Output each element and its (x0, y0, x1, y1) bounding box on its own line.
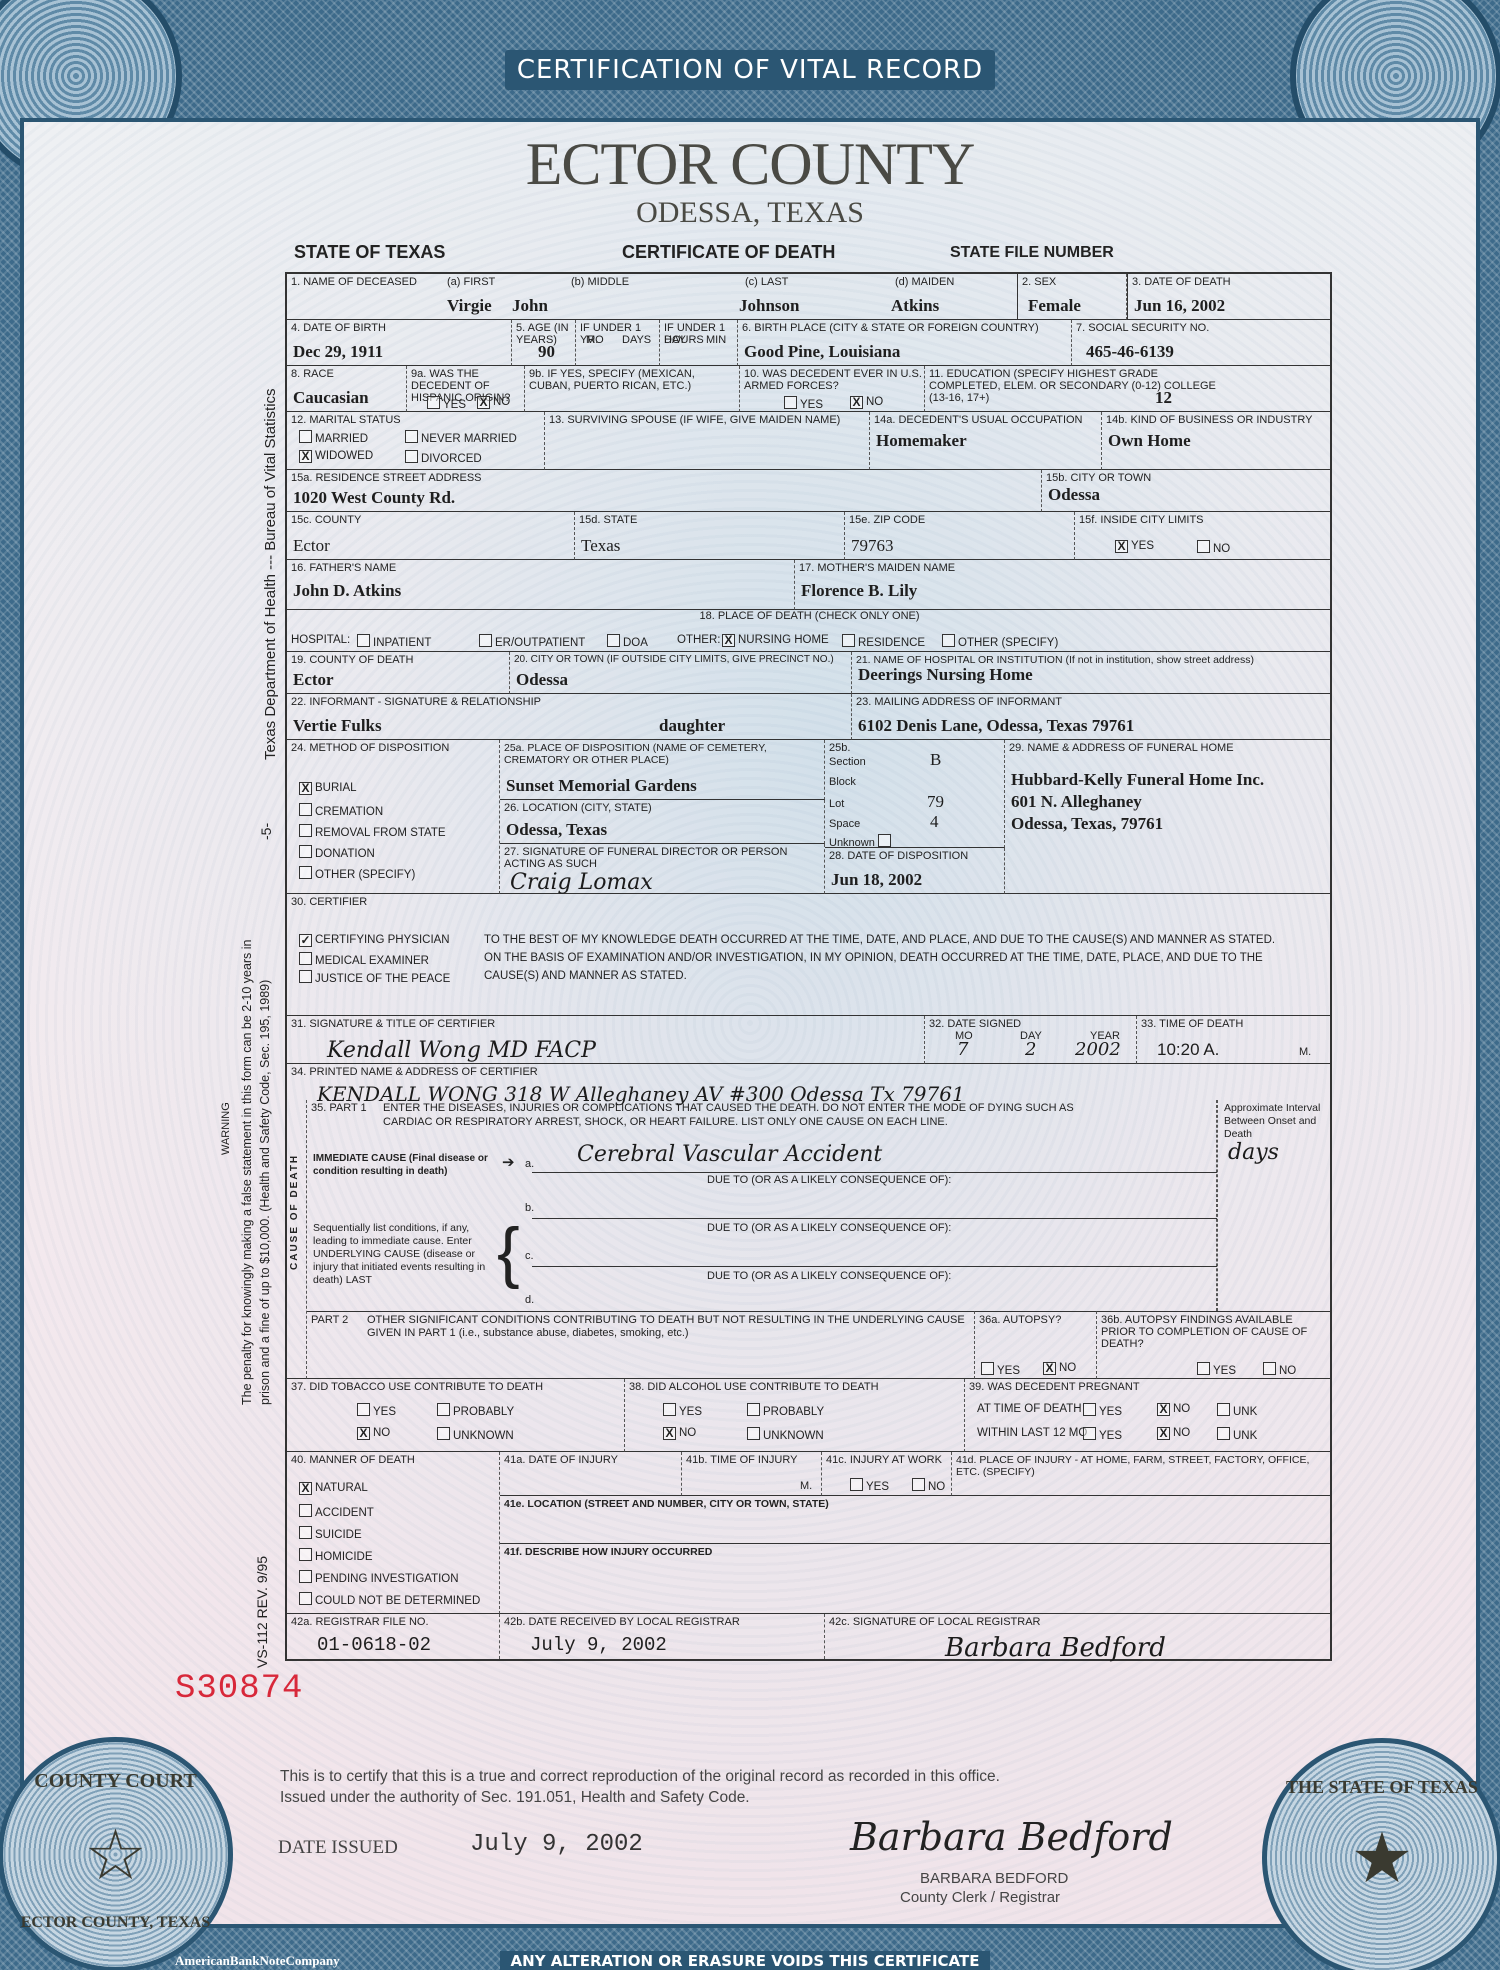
injury-how-label: 41f. DESCRIBE HOW INJURY OCCURRED (504, 1546, 712, 1558)
informant-name-value: Vertie Fulks (293, 716, 382, 736)
checkbox-checked[interactable]: X (1115, 540, 1128, 553)
checkbox[interactable] (299, 1570, 312, 1583)
checkbox[interactable] (479, 634, 492, 647)
burial-option[interactable]: XBURIAL (299, 782, 357, 795)
warning-title: WARNING (220, 1102, 232, 1155)
checkbox[interactable] (1197, 1362, 1210, 1375)
armed-forces-label: 10. WAS DECEDENT EVER IN U.S. ARMED FORC… (744, 368, 924, 392)
part1-instructions-2: CARDIAC OR RESPIRATORY ARREST, SHOCK, OR… (383, 1116, 948, 1129)
certifying-physician-option[interactable]: ✓CERTIFYING PHYSICIAN (299, 934, 450, 947)
checkbox[interactable] (299, 845, 312, 858)
checkbox-checked[interactable]: X (663, 1427, 676, 1440)
business-label: 14b. KIND OF BUSINESS OR INDUSTRY (1106, 414, 1312, 426)
checkbox[interactable] (607, 634, 620, 647)
certification-banner: CERTIFICATION OF VITAL RECORD (505, 50, 995, 90)
checkbox[interactable] (427, 396, 440, 409)
disposition-location-value: Odessa, Texas (506, 820, 607, 840)
injury-date-label: 41a. DATE OF INJURY (504, 1454, 618, 1466)
checkbox-checked[interactable]: X (357, 1427, 370, 1440)
business-value: Own Home (1108, 431, 1191, 451)
injury-place-label: 41d. PLACE OF INJURY - AT HOME, FARM, ST… (956, 1454, 1326, 1478)
checkbox[interactable] (357, 634, 370, 647)
tobacco-yes-option[interactable]: YES (357, 1403, 396, 1418)
clerk-name: BARBARA BEDFORD (920, 1870, 1068, 1887)
state-heading: STATE OF TEXAS (294, 242, 445, 263)
part2-text: OTHER SIGNIFICANT CONDITIONS CONTRIBUTIN… (367, 1314, 967, 1340)
hospital-label: HOSPITAL: (291, 634, 350, 646)
residence-street-value: 1020 West County Rd. (293, 488, 455, 508)
certifier-statement-2: ON THE BASIS OF EXAMINATION AND/OR INVES… (484, 952, 1263, 964)
cause-line-a[interactable]: Cerebral Vascular Accident (577, 1142, 882, 1167)
registrar-file-label: 42a. REGISTRAR FILE NO. (291, 1616, 429, 1628)
sequential-label: Sequentially list conditions, if any, le… (313, 1222, 493, 1287)
checkbox[interactable] (357, 1403, 370, 1416)
cause-line-b-rule[interactable] (532, 1218, 1217, 1219)
autopsy-label: 36a. AUTOPSY? (979, 1314, 1061, 1326)
manner-homicide-option[interactable]: HOMICIDE (299, 1548, 373, 1563)
race-value: Caucasian (293, 388, 369, 408)
checkbox[interactable] (437, 1427, 450, 1440)
findings-yes-option[interactable]: YES (1197, 1362, 1236, 1377)
justice-of-peace-option[interactable]: JUSTICE OF THE PEACE (299, 970, 450, 985)
cause-of-death-side-label: CAUSE OF DEATH (289, 1154, 300, 1270)
date-of-death-value: Jun 16, 2002 (1134, 296, 1225, 316)
form-revision: VS-112 REV. 9/95 (254, 1556, 270, 1668)
residence-county-value: Ector (293, 536, 330, 556)
autopsy-no-option[interactable]: XNO (1043, 1362, 1076, 1375)
middle-name-label: (b) MIDDLE (571, 276, 629, 288)
checkbox[interactable] (1263, 1362, 1276, 1375)
section-label: Section (829, 756, 866, 768)
lot-value: 79 (927, 792, 944, 812)
zip-label: 15e. ZIP CODE (849, 514, 925, 526)
date-signed-day: 2 (1025, 1039, 1036, 1060)
mother-label: 17. MOTHER'S MAIDEN NAME (799, 562, 955, 574)
arrow-right-icon: ➔ (502, 1156, 515, 1169)
hispanic-yes-option[interactable]: YES (427, 396, 466, 411)
line-c-letter: c. (525, 1250, 534, 1263)
star-icon: ☆ (84, 1814, 147, 1896)
education-label: 11. EDUCATION (SPECIFY HIGHEST GRADE COM… (929, 368, 1219, 404)
marital-never-married-option[interactable]: NEVER MARRIED (405, 430, 517, 445)
medical-examiner-option[interactable]: MEDICAL EXAMINER (299, 952, 429, 967)
star-icon: ★ (1351, 1817, 1414, 1899)
cremation-option[interactable]: CREMATION (299, 803, 383, 818)
city-limits-yes-option[interactable]: XYES (1115, 540, 1154, 553)
father-label: 16. FATHER'S NAME (291, 562, 396, 574)
checkbox[interactable] (1083, 1403, 1096, 1416)
checkbox[interactable] (299, 430, 312, 443)
date-of-death-label: 3. DATE OF DEATH (1132, 276, 1231, 288)
other-place-label: OTHER: (677, 634, 720, 646)
residence-street-label: 15a. RESIDENCE STREET ADDRESS (291, 472, 482, 484)
alteration-warning-banner: ANY ALTERATION OR ERASURE VOIDS THIS CER… (500, 1951, 990, 1970)
checkbox[interactable] (1217, 1427, 1230, 1440)
date-received-value: July 9, 2002 (530, 1634, 667, 1656)
county-of-death-value: Ector (293, 670, 334, 690)
checkbox[interactable] (299, 1548, 312, 1561)
ssn-value: 465-46-6139 (1086, 342, 1174, 362)
alcohol-label: 38. DID ALCOHOL USE CONTRIBUTE TO DEATH (629, 1381, 879, 1393)
months-label: MO (586, 334, 604, 346)
zip-value: 79763 (851, 536, 894, 556)
occupation-label: 14a. DECEDENT'S USUAL OCCUPATION (874, 414, 1083, 426)
funeral-home-name: Hubbard-Kelly Funeral Home Inc. (1011, 770, 1264, 790)
hispanic-no-option[interactable]: XNO (477, 396, 510, 409)
checkbox[interactable] (437, 1403, 450, 1416)
space-value: 4 (930, 812, 939, 832)
pregnant-row1-unk[interactable]: UNK (1217, 1403, 1257, 1418)
due-to-a: DUE TO (OR AS A LIKELY CONSEQUENCE OF): (707, 1174, 951, 1187)
seal-right-text: THE STATE OF TEXAS (1267, 1777, 1497, 1798)
armed-forces-no-option[interactable]: XNO (850, 396, 883, 409)
father-value: John D. Atkins (293, 581, 401, 601)
residence-city-value: Odessa (1048, 485, 1100, 505)
place-of-death-label: 18. PLACE OF DEATH (CHECK ONLY ONE) (287, 610, 1332, 622)
informant-address-label: 23. MAILING ADDRESS OF INFORMANT (856, 696, 1062, 708)
checkbox-checked[interactable]: X (1043, 1362, 1056, 1375)
armed-forces-yes-option[interactable]: YES (784, 396, 823, 411)
checkbox[interactable] (1083, 1427, 1096, 1440)
death-certificate-form: 1. NAME OF DECEASED (a) FIRST (b) MIDDLE… (285, 272, 1332, 1661)
certifier-statement-3: CAUSE(S) AND MANNER AS STATED. (484, 970, 687, 982)
name-label: 1. NAME OF DECEASED (291, 276, 417, 288)
checkbox[interactable] (405, 450, 418, 463)
funeral-home-street: 601 N. Alleghaney (1011, 792, 1142, 812)
checkbox[interactable] (663, 1403, 676, 1416)
date-signed-year: 2002 (1075, 1039, 1121, 1060)
first-name-label: (a) FIRST (447, 276, 495, 288)
checkbox[interactable] (747, 1427, 760, 1440)
lot-label: Lot (829, 798, 844, 810)
residence-option[interactable]: RESIDENCE (842, 634, 925, 649)
tobacco-probably-option[interactable]: PROBABLY (437, 1403, 514, 1418)
seal-left-bottom-text: ECTOR COUNTY, TEXAS (3, 1914, 228, 1932)
part1-label: 35. PART 1 (311, 1102, 367, 1115)
date-signed-label: 32. DATE SIGNED (929, 1018, 1021, 1030)
disposition-date-label: 28. DATE OF DISPOSITION (829, 850, 968, 862)
checkbox-checked[interactable]: X (299, 450, 312, 463)
days-label: DAYS (622, 334, 651, 346)
warning-line-2: prison and a fine of up to $10,000. (Hea… (258, 980, 272, 1405)
sex-label: 2. SEX (1022, 276, 1056, 288)
last-name-label: (c) LAST (745, 276, 788, 288)
county-of-death-label: 19. COUNTY OF DEATH (291, 654, 413, 666)
time-of-death-suffix: M. (1299, 1046, 1311, 1058)
funeral-home-label: 29. NAME & ADDRESS OF FUNERAL HOME (1009, 742, 1234, 754)
city-of-death-value: Odessa (516, 670, 568, 690)
checkbox-checked[interactable]: ✓ (299, 934, 312, 947)
er-outpatient-option[interactable]: ER/OUTPATIENT (479, 634, 585, 649)
checkbox-checked[interactable]: X (299, 782, 312, 795)
line-b-letter: b. (525, 1202, 534, 1215)
doa-option[interactable]: DOA (607, 634, 648, 649)
hours-label: HOURS (664, 334, 704, 346)
part1-instructions-1: ENTER THE DISEASES, INJURIES OR COMPLICA… (383, 1102, 1074, 1115)
checkbox[interactable] (878, 834, 891, 847)
mother-value: Florence B. Lily (801, 581, 917, 601)
maiden-name-value: Atkins (891, 296, 939, 316)
funeral-director-signature: Craig Lomax (510, 870, 653, 895)
race-label: 8. RACE (291, 368, 334, 380)
hispanic-specify-label: 9b. IF YES, SPECIFY (MEXICAN, CUBAN, PUE… (529, 368, 734, 392)
birthplace-label: 6. BIRTH PLACE (CITY & STATE OR FOREIGN … (742, 322, 1039, 334)
certifier-signature: Kendall Wong MD FACP (327, 1038, 596, 1063)
ssn-label: 7. SOCIAL SECURITY NO. (1076, 322, 1209, 334)
certifier-label: 30. CERTIFIER (291, 896, 367, 908)
findings-no-option[interactable]: NO (1263, 1362, 1296, 1377)
pregnant-row2-no[interactable]: XNO (1157, 1427, 1190, 1440)
seal-left-top-text: COUNTY COURT (3, 1770, 228, 1793)
checkbox[interactable] (981, 1362, 994, 1375)
age-value: 90 (538, 342, 555, 362)
marital-widowed-option[interactable]: XWIDOWED (299, 450, 373, 463)
city-limits-label: 15f. INSIDE CITY LIMITS (1079, 514, 1204, 526)
manner-undetermined-option[interactable]: COULD NOT BE DETERMINED (299, 1592, 480, 1607)
autopsy-yes-option[interactable]: YES (981, 1362, 1020, 1377)
pregnant-label: 39. WAS DECEDENT PREGNANT (969, 1381, 1140, 1393)
checkbox[interactable] (912, 1478, 925, 1491)
middle-name-value: John (512, 296, 548, 316)
funeral-home-city: Odessa, Texas, 79761 (1011, 814, 1163, 834)
alcohol-probably-option[interactable]: PROBABLY (747, 1403, 824, 1418)
plot-label: 25b. (829, 742, 850, 754)
funeral-director-sig-label: 27. SIGNATURE OF FUNERAL DIRECTOR OR PER… (504, 846, 814, 870)
first-name-value: Virgie (447, 296, 492, 316)
part2-label: PART 2 (311, 1314, 348, 1327)
certifier-statement-1: TO THE BEST OF MY KNOWLEDGE DEATH OCCURR… (484, 934, 1275, 946)
tobacco-no-option[interactable]: XNO (357, 1427, 390, 1440)
autopsy-findings-label: 36b. AUTOPSY FINDINGS AVAILABLE PRIOR TO… (1101, 1314, 1326, 1350)
manner-suicide-option[interactable]: SUICIDE (299, 1526, 362, 1541)
registrar-sig-label: 42c. SIGNATURE OF LOCAL REGISTRAR (829, 1616, 1041, 1628)
pregnant-row1-label: AT TIME OF DEATH (977, 1403, 1082, 1415)
city-of-death-label: 20. CITY OR TOWN (IF OUTSIDE CITY LIMITS… (514, 654, 834, 666)
checkbox[interactable] (299, 1526, 312, 1539)
date-signed-mo: 7 (957, 1039, 968, 1060)
doc-type-heading: CERTIFICATE OF DEATH (622, 242, 835, 263)
manner-pending-option[interactable]: PENDING INVESTIGATION (299, 1570, 459, 1585)
checkbox[interactable] (942, 634, 955, 647)
space-label: Space (829, 818, 860, 830)
time-of-death-label: 33. TIME OF DEATH (1141, 1018, 1243, 1030)
injury-time-suffix: M. (800, 1480, 812, 1492)
line-a-letter: a. (525, 1158, 534, 1171)
line-d-letter: d. (525, 1294, 534, 1307)
interval-label: Approximate Interval Between Onset and D… (1224, 1102, 1324, 1141)
marital-married-option[interactable]: MARRIED (299, 430, 368, 445)
checkbox[interactable] (299, 952, 312, 965)
checkbox-checked[interactable]: X (850, 396, 863, 409)
tobacco-unknown-option[interactable]: UNKNOWN (437, 1427, 514, 1442)
agency-side-text: Texas Department of Health --- Bureau of… (262, 388, 279, 760)
checkbox-checked[interactable]: X (477, 396, 490, 409)
dob-value: Dec 29, 1911 (293, 342, 383, 362)
tobacco-label: 37. DID TOBACCO USE CONTRIBUTE TO DEATH (291, 1381, 543, 1393)
alcohol-unknown-option[interactable]: UNKNOWN (747, 1427, 824, 1442)
institution-value: Deerings Nursing Home (858, 665, 1033, 685)
due-to-b: DUE TO (OR AS A LIKELY CONSEQUENCE OF): (707, 1222, 951, 1235)
alcohol-yes-option[interactable]: YES (663, 1403, 702, 1418)
checkbox[interactable] (299, 866, 312, 879)
time-of-death-value: 10:20 A. (1157, 1040, 1219, 1060)
immediate-cause-label: IMMEDIATE CAUSE (Final disease or condit… (313, 1152, 503, 1178)
date-issued-label: DATE ISSUED (278, 1837, 398, 1859)
other-specify-option[interactable]: OTHER (SPECIFY) (942, 634, 1058, 649)
last-name-value: Johnson (739, 296, 799, 316)
pregnant-row2-yes[interactable]: YES (1083, 1427, 1122, 1442)
unknown-plot-option[interactable]: Unknown (829, 834, 894, 849)
checkbox-checked[interactable]: X (1157, 1403, 1170, 1416)
cause-line-c-rule[interactable] (532, 1266, 1217, 1267)
warning-line-1: The penalty for knowingly making a false… (240, 939, 254, 1405)
clerk-signature: Barbara Bedford (850, 1815, 1173, 1859)
section-value: B (930, 750, 941, 770)
informant-label: 22. INFORMANT - SIGNATURE & RELATIONSHIP (291, 696, 541, 708)
checkbox[interactable] (299, 824, 312, 837)
birthplace-value: Good Pine, Louisiana (744, 342, 900, 362)
spouse-label: 13. SURVIVING SPOUSE (IF WIFE, GIVE MAID… (549, 414, 840, 426)
occupation-value: Homemaker (876, 431, 967, 451)
checkbox-checked[interactable]: X (722, 634, 735, 647)
due-to-c: DUE TO (OR AS A LIKELY CONSEQUENCE OF): (707, 1270, 951, 1283)
certify-line-1: This is to certify that this is a true a… (280, 1768, 1000, 1786)
minutes-label: MIN (706, 334, 726, 346)
checkbox[interactable] (850, 1478, 863, 1491)
registrar-signature: Barbara Bedford (945, 1633, 1166, 1663)
page-mark: -5- (258, 823, 274, 840)
date-issued-value: July 9, 2002 (470, 1831, 643, 1858)
marital-label: 12. MARITAL STATUS (291, 414, 401, 426)
checkbox[interactable] (299, 1592, 312, 1605)
nursing-home-option[interactable]: XNURSING HOME (722, 634, 829, 647)
maiden-name-label: (d) MAIDEN (895, 276, 954, 288)
state-file-number-label: STATE FILE NUMBER (950, 244, 1114, 262)
checkbox-checked[interactable]: X (299, 1482, 312, 1495)
checkbox[interactable] (747, 1403, 760, 1416)
disposition-place-value: Sunset Memorial Gardens (506, 776, 697, 796)
donation-option[interactable]: DONATION (299, 845, 375, 860)
disposition-location-label: 26. LOCATION (CITY, STATE) (504, 802, 652, 814)
certify-line-2: Issued under the authority of Sec. 191.0… (280, 1789, 750, 1807)
sex-value: Female (1028, 296, 1081, 316)
city-limits-no-option[interactable]: NO (1197, 540, 1230, 555)
informant-address-value: 6102 Denis Lane, Odessa, Texas 79761 (858, 716, 1134, 736)
other-disposition-option[interactable]: OTHER (SPECIFY) (299, 866, 415, 881)
pregnant-row2-label: WITHIN LAST 12 MO (977, 1427, 1087, 1439)
certifier-sig-label: 31. SIGNATURE & TITLE OF CERTIFIER (291, 1018, 495, 1030)
checkbox[interactable] (784, 396, 797, 409)
inpatient-option[interactable]: INPATIENT (357, 634, 431, 649)
alcohol-no-option[interactable]: XNO (663, 1427, 696, 1440)
injury-location-label: 41e. LOCATION (STREET AND NUMBER, CITY O… (504, 1498, 829, 1510)
printer-imprint: AmericanBankNoteCompany (175, 1953, 340, 1969)
manner-natural-option[interactable]: XNATURAL (299, 1482, 368, 1495)
marital-divorced-option[interactable]: DIVORCED (405, 450, 482, 465)
checkbox[interactable] (299, 1504, 312, 1517)
injury-work-no[interactable]: NO (912, 1478, 945, 1493)
pregnant-row2-unk[interactable]: UNK (1217, 1427, 1257, 1442)
disposition-method-label: 24. METHOD OF DISPOSITION (291, 742, 449, 754)
registrar-file-value: 01-0618-02 (317, 1634, 431, 1656)
cause-line-a-rule (532, 1172, 1217, 1173)
checkbox-checked[interactable]: X (1157, 1427, 1170, 1440)
manner-accident-option[interactable]: ACCIDENT (299, 1504, 374, 1519)
manner-label: 40. MANNER OF DEATH (291, 1454, 415, 1466)
disposition-place-label: 25a. PLACE OF DISPOSITION (NAME OF CEMET… (504, 742, 814, 766)
county-court-seal: COUNTY COURT ☆ ECTOR COUNTY, TEXAS (0, 1737, 233, 1970)
county-title: ECTOR COUNTY (0, 130, 1500, 199)
informant-relationship-value: daughter (659, 716, 725, 736)
state-of-texas-seal: THE STATE OF TEXAS ★ (1262, 1738, 1500, 1970)
dob-label: 4. DATE OF BIRTH (291, 322, 386, 334)
injury-time-label: 41b. TIME OF INJURY (686, 1454, 797, 1466)
city-state-title: ODESSA, TEXAS (0, 196, 1500, 230)
serial-number: S30874 (175, 1670, 303, 1708)
injury-work-yes[interactable]: YES (850, 1478, 889, 1493)
pregnant-row1-yes[interactable]: YES (1083, 1403, 1122, 1418)
residence-county-label: 15c. COUNTY (291, 514, 361, 526)
checkbox[interactable] (405, 430, 418, 443)
education-value: 12 (1155, 388, 1172, 408)
checkbox[interactable] (1217, 1403, 1230, 1416)
date-received-label: 42b. DATE RECEIVED BY LOCAL REGISTRAR (504, 1616, 740, 1628)
residence-state-label: 15d. STATE (579, 514, 637, 526)
interval-a-value: days (1228, 1140, 1279, 1165)
block-label: Block (829, 776, 856, 788)
certifier-address-label: 34. PRINTED NAME & ADDRESS OF CERTIFIER (291, 1066, 538, 1078)
residence-city-label: 15b. CITY OR TOWN (1046, 472, 1151, 484)
disposition-date-value: Jun 18, 2002 (831, 870, 922, 890)
checkbox[interactable] (842, 634, 855, 647)
brace-icon: { (497, 1218, 520, 1286)
checkbox[interactable] (299, 970, 312, 983)
checkbox[interactable] (299, 803, 312, 816)
injury-work-label: 41c. INJURY AT WORK (826, 1454, 942, 1466)
pregnant-row1-no[interactable]: XNO (1157, 1403, 1190, 1416)
checkbox[interactable] (1197, 540, 1210, 553)
removal-option[interactable]: REMOVAL FROM STATE (299, 824, 446, 839)
residence-state-value: Texas (581, 536, 620, 556)
clerk-title: County Clerk / Registrar (900, 1889, 1060, 1906)
